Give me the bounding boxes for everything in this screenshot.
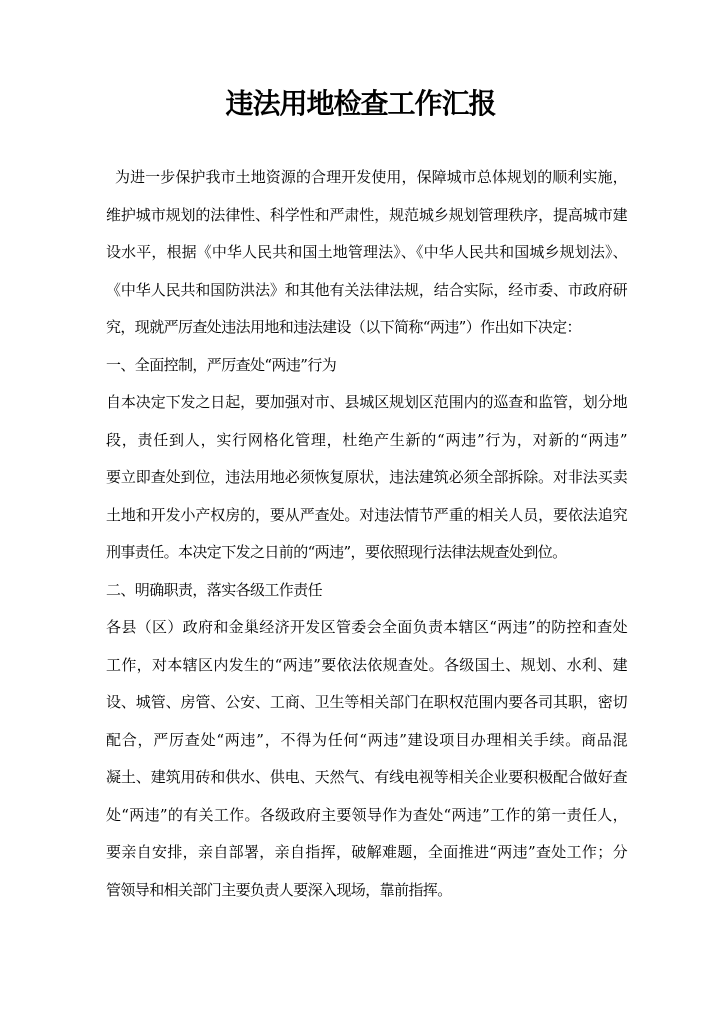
paragraph: 自本决定下发之日起，要加强对市、县城区规划区范围内的巡查和监管，划分地段，责任到… bbox=[106, 384, 627, 572]
text-line: 段，责任到人，实行网格化管理，杜绝产生新的“两违”行为，对新的“两违” bbox=[106, 422, 627, 460]
text-line: 维护城市规划的法律性、科学性和严肃性，规范城乡规划管理秩序，提高城市建 bbox=[106, 197, 627, 235]
text-line: 设、城管、房管、公安、工商、卫生等相关部门在职权范围内要各司其职，密切 bbox=[106, 684, 627, 722]
text-line: 要立即查处到位，违法用地必须恢复原状，违法建筑必须全部拆除。对非法买卖 bbox=[106, 459, 627, 497]
section-heading: 二、明确职责，落实各级工作责任 bbox=[106, 572, 627, 610]
text-line: 凝土、建筑用砖和供水、供电、天然气、有线电视等相关企业要积极配合做好查 bbox=[106, 759, 627, 797]
document-title: 违法用地检查工作汇报 bbox=[0, 86, 721, 122]
section-heading: 一、全面控制，严厉查处“两违”行为 bbox=[106, 347, 627, 385]
paragraph: 为进一步保护我市土地资源的合理开发使用，保障城市总体规划的顺利实施，维护城市规划… bbox=[106, 159, 627, 347]
text-line: 刑事责任。本决定下发之日前的“两违”，要依照现行法律法规查处到位。 bbox=[106, 534, 627, 572]
text-line: 究，现就严厉查处违法用地和违法建设（以下简称“两违”）作出如下决定： bbox=[106, 309, 627, 347]
text-line: 管领导和相关部门主要负责人要深入现场，靠前指挥。 bbox=[106, 872, 627, 910]
text-line: 配合，严厉查处“两违”，不得为任何“两违”建设项目办理相关手续。商品混 bbox=[106, 722, 627, 760]
text-line: 处“两违”的有关工作。各级政府主要领导作为查处“两违”工作的第一责任人， bbox=[106, 797, 627, 835]
text-line: 自本决定下发之日起，要加强对市、县城区规划区范围内的巡查和监管，划分地 bbox=[106, 384, 627, 422]
text-line: 设水平，根据《中华人民共和国土地管理法》、《中华人民共和国城乡规划法》、 bbox=[106, 234, 627, 272]
document-page: 违法用地检查工作汇报 为进一步保护我市土地资源的合理开发使用，保障城市总体规划的… bbox=[0, 0, 721, 1020]
text-line: 一、全面控制，严厉查处“两违”行为 bbox=[106, 347, 627, 385]
text-line: 各县（区）政府和金巢经济开发区管委会全面负责本辖区“两违”的防控和查处 bbox=[106, 609, 627, 647]
text-line: 二、明确职责，落实各级工作责任 bbox=[106, 572, 627, 610]
text-line: 工作，对本辖区内发生的“两违”要依法依规查处。各级国土、规划、水利、建 bbox=[106, 647, 627, 685]
document-body: 为进一步保护我市土地资源的合理开发使用，保障城市总体规划的顺利实施，维护城市规划… bbox=[106, 159, 627, 909]
paragraph: 各县（区）政府和金巢经济开发区管委会全面负责本辖区“两违”的防控和查处工作，对本… bbox=[106, 609, 627, 909]
text-line: 为进一步保护我市土地资源的合理开发使用，保障城市总体规划的顺利实施， bbox=[106, 159, 627, 197]
text-line: 《中华人民共和国防洪法》和其他有关法律法规，结合实际，经市委、市政府研 bbox=[106, 272, 627, 310]
text-line: 要亲自安排，亲自部署，亲自指挥，破解难题，全面推进“两违”查处工作；分 bbox=[106, 834, 627, 872]
text-line: 土地和开发小产权房的，要从严查处。对违法情节严重的相关人员，要依法追究 bbox=[106, 497, 627, 535]
